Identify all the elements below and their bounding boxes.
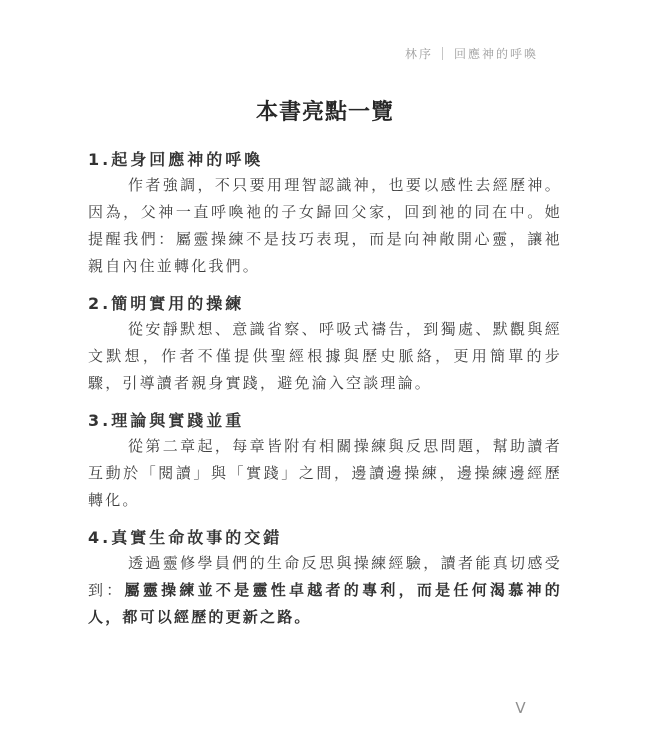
running-header: 林序 回應神的呼喚 (0, 45, 538, 62)
section-4-body: 透過靈修學員們的生命反思與操練經驗，讀者能真切感受到：屬靈操練並不是靈性卓越者的… (88, 550, 562, 631)
section-2-body: 從安靜默想、意識省察、呼吸式禱告，到獨處、默觀與經文默想，作者不僅提供聖經根據與… (88, 316, 562, 397)
book-page: 林序 回應神的呼喚 本書亮點一覽 1.起身回應神的呼喚 作者強調，不只要用理智認… (0, 0, 650, 750)
section-1-body: 作者強調，不只要用理智認識神，也要以感性去經歷神。因為，父神一直呼喚祂的子女歸回… (88, 172, 562, 280)
section-3-heading: 3.理論與實踐並重 (88, 410, 562, 432)
page-content: 本書亮點一覽 1.起身回應神的呼喚 作者強調，不只要用理智認識神，也要以感性去經… (0, 0, 650, 631)
section-4-body-bold: 屬靈操練並不是靈性卓越者的專利，而是任何渴慕神的人，都可以經歷的更新之路。 (88, 581, 562, 626)
section-3: 3.理論與實踐並重 從第二章起，每章皆附有相關操練與反思問題，幫助讀者互動於「閱… (88, 410, 562, 514)
section-3-body: 從第二章起，每章皆附有相關操練與反思問題，幫助讀者互動於「閱讀」與「實踐」之間，… (88, 433, 562, 514)
page-number: V (508, 699, 534, 717)
page-title: 本書亮點一覽 (88, 97, 562, 129)
header-divider (442, 47, 443, 60)
section-4-heading: 4.真實生命故事的交錯 (88, 527, 562, 549)
section-4: 4.真實生命故事的交錯 透過靈修學員們的生命反思與操練經驗，讀者能真切感受到：屬… (88, 527, 562, 631)
preface-label: 林序 (405, 45, 433, 62)
section-2: 2.簡明實用的操練 從安靜默想、意識省察、呼吸式禱告，到獨處、默觀與經文默想，作… (88, 293, 562, 397)
book-title-label: 回應神的呼喚 (454, 45, 538, 62)
section-2-heading: 2.簡明實用的操練 (88, 293, 562, 315)
section-1: 1.起身回應神的呼喚 作者強調，不只要用理智認識神，也要以感性去經歷神。因為，父… (88, 149, 562, 280)
section-1-heading: 1.起身回應神的呼喚 (88, 149, 562, 171)
